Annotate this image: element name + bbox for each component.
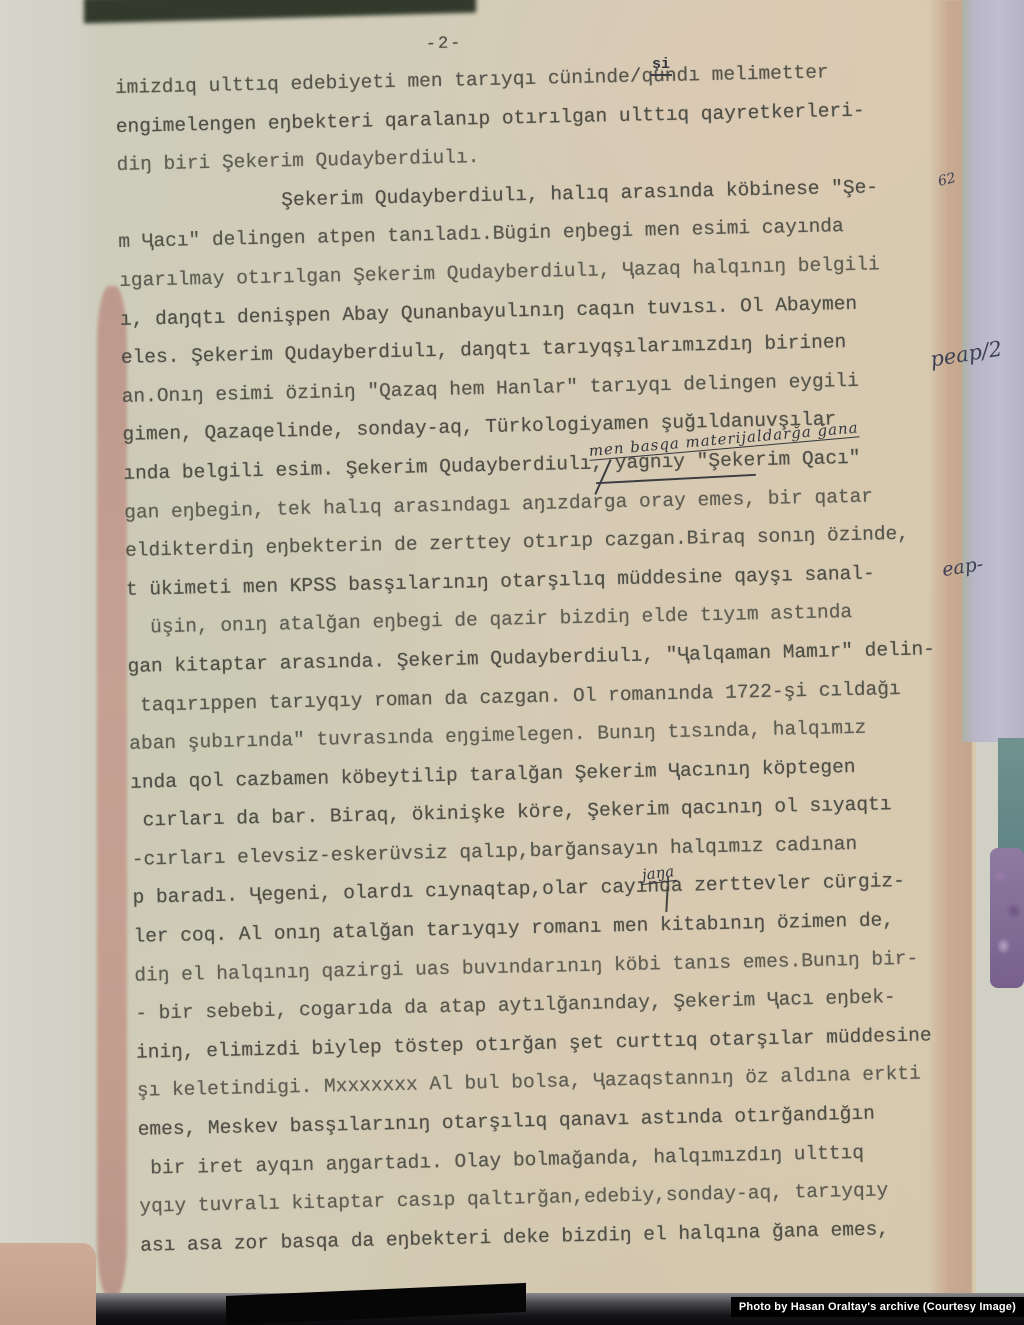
bottom-left-paper <box>0 1243 96 1325</box>
handwritten-insert-top: şi <box>650 56 672 76</box>
floral-object <box>990 848 1024 988</box>
teal-book <box>998 738 1024 864</box>
photo-background: -2- imizdıq ulttıq edebiyeti men tarıyqı… <box>0 0 1024 1325</box>
typed-text-block: -2- imizdıq ulttıq edebiyeti men tarıyqı… <box>114 23 990 1265</box>
typed-lines: imizdıq ulttıq edebiyeti men tarıyqı cün… <box>115 50 991 1265</box>
photo-credit: Photo by Hasan Oraltay's archive (Courte… <box>731 1297 1024 1317</box>
